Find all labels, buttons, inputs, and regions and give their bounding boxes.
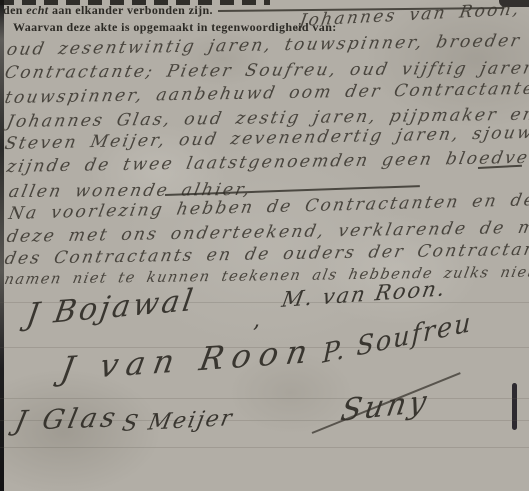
signature-bojawal: J Bojawal [24, 283, 198, 333]
signature-j-van-roon: J van Roon [58, 332, 318, 388]
handwritten-line: touwspinner, aanbehuwd oom der Contracta… [3, 79, 529, 108]
document-scan: den echt aan elkander verbonden zijn. Wa… [0, 0, 529, 491]
signature-p-soufreu: P. Soufreu [322, 307, 473, 370]
handwritten-witness-name: Johannes van Roon, [298, 0, 522, 31]
printed-text: den [3, 3, 26, 17]
ledger-rule [0, 447, 529, 448]
printed-text: aan elkander verbonden zijn. [49, 3, 213, 17]
signature-j-glas: J Glas [12, 402, 122, 437]
left-margin-rule [0, 0, 4, 491]
signature-separator: , [253, 308, 260, 333]
printed-line-echt: den echt aan elkander verbonden zijn. [3, 3, 213, 18]
signature-flourish-stroke [312, 372, 461, 434]
printed-line-witnesses: Waarvan deze akte is opgemaakt in tegenw… [13, 20, 337, 35]
printed-text-italic: echt [26, 3, 48, 17]
ledger-rule [0, 398, 529, 399]
ink-mark [512, 383, 517, 430]
signature-s-meijer: S Meijer [120, 406, 236, 437]
